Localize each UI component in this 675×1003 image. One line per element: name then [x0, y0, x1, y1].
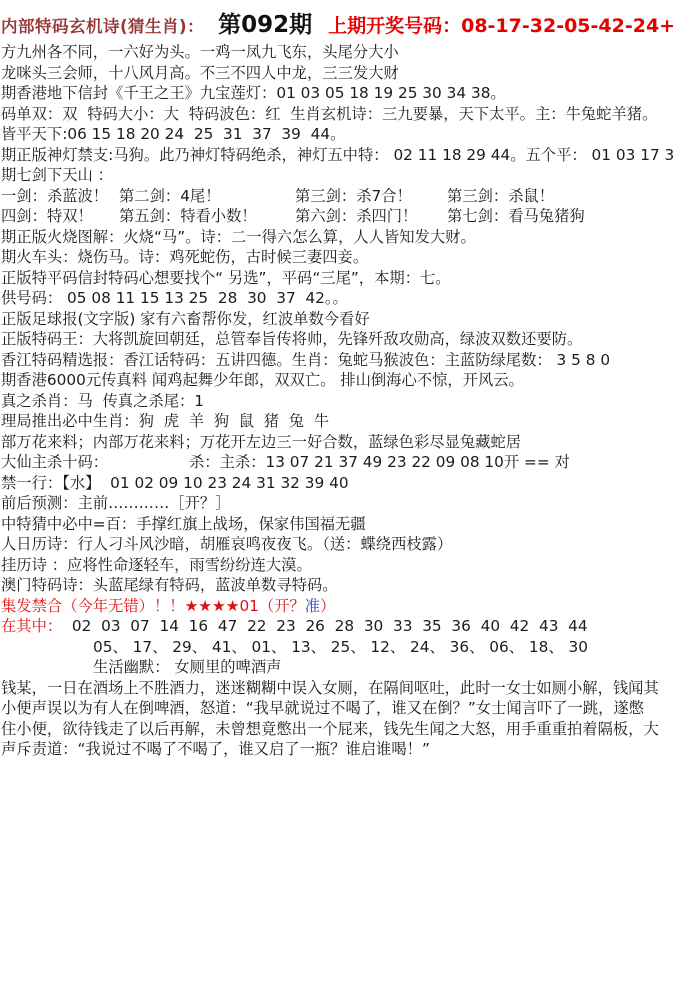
jifa-number: 01（开？ — [239, 597, 304, 615]
last-draw-numbers: 上期开奖号码：08-17-32-05-42-24+37 — [328, 11, 675, 38]
kill-ten-label: 大仙主杀十码： — [1, 452, 189, 473]
text-line: 期正版神灯禁支:马狗。此乃神灯特码绝杀，神灯五中特： 02 11 18 29 4… — [0, 145, 675, 166]
text-line: 香江特码精选报：香江话特码：五讲四德。生肖：兔蛇马猴波色：主蓝防绿尾数： 3 5… — [0, 350, 675, 371]
among-them-numbers: 02 03 07 14 16 47 22 23 26 28 30 33 35 3… — [62, 617, 587, 635]
text-line: 期火车头：烧伤马。诗：鸡死蛇伤，古时候三妻四妾。 — [0, 247, 675, 268]
kill-ten-numbers: 杀：主杀：13 07 21 37 49 23 22 09 08 10开 == 对 — [189, 453, 570, 471]
page-header: 内部特码玄机诗(猜生肖)： 第092期 上期开奖号码：08-17-32-05-4… — [1, 6, 675, 39]
zhun-mark: 准 — [305, 597, 320, 615]
closing-paren: ） — [320, 597, 335, 615]
body-lines: 方九州各不同，一六好为头。一鸡一凤九飞东，头尾分大小龙咪头三会师，十八风月高。不… — [0, 42, 675, 760]
text-line: 真之杀肖：马 传真之杀尾：1 — [0, 391, 675, 412]
text-line: 大仙主杀十码：杀：主杀：13 07 21 37 49 23 22 09 08 1… — [0, 452, 675, 473]
text-line: 方九州各不同，一六好为头。一鸡一凤九飞东，头尾分大小 — [0, 42, 675, 63]
issue-number: 第092期 — [218, 6, 312, 39]
jifa-warning: 集发禁合（今年无错）！！ — [1, 597, 185, 615]
text-line: 码单双：双 特码大小：大 特码波色：红 生肖玄机诗：三九要暴，天下太平。主：牛兔… — [0, 104, 675, 125]
text-line: 部万花来料；内部万花来料；万花开左边三一好合数，蓝绿色彩尽显兔藏蛇居 — [0, 432, 675, 453]
text-line: 一剑：杀蓝波！第二剑：4尾！第三剑：杀7合！第三剑：杀鼠！ — [0, 186, 675, 207]
column-text: 四剑：特双！ — [1, 206, 119, 227]
column-text: 第六剑：杀四门！ — [295, 206, 447, 227]
among-them-label: 在其中： — [1, 617, 62, 635]
text-line: 住小便，欲待钱走了以后再解，未曾想竟憋出一个屁来，钱先生闻之大怒，用手重重拍着隔… — [0, 719, 675, 740]
text-line: 生活幽默： 女厕里的啤酒声 — [0, 657, 675, 678]
column-text: 一剑：杀蓝波！ — [1, 186, 119, 207]
text-line: 皆平天下:06 15 18 20 24 25 31 37 39 44。 — [0, 124, 675, 145]
text-line: 前后预测：主前…………［开？］ — [0, 493, 675, 514]
text-line: 人日历诗：行人刁斗风沙暗，胡雁哀鸣夜夜飞。（送：蝶绕西枝露） — [0, 534, 675, 555]
text-line: 期七剑下天山 ： — [0, 165, 675, 186]
text-line: 钱某，一日在酒场上不胜酒力，迷迷糊糊中误入女厕，在隔间呕吐，此时一女士如厕小解，… — [0, 678, 675, 699]
text-line: 供号码： 05 08 11 15 13 25 28 30 37 42。。 — [0, 288, 675, 309]
text-line: 集发禁合（今年无错）！！★★★★01（开？准） — [0, 596, 675, 617]
text-line: 中特猜中必中=百：手撑红旗上战场，保家伟国福无疆 — [0, 514, 675, 535]
text-line: 禁一行：【水】 01 02 09 10 23 24 31 32 39 40 — [0, 473, 675, 494]
text-line: 小便声误以为有人在倒啤酒，怒道：“我早就说过不喝了，谁又在倒？”女士闻言吓了一跳… — [0, 698, 675, 719]
text-line: 期香港6000元传真料 闻鸡起舞少年郎，双双亡。 排山倒海心不惊，开风云。 — [0, 370, 675, 391]
text-line: 正版特平码信封特码心想要找个“ 另选”，平码“三尾”，本期：七。 — [0, 268, 675, 289]
text-line: 期正版火烧图解：火烧“马”。诗：二一得六怎么算，人人皆知发大财。 — [0, 227, 675, 248]
text-line: 正版特码王：大将凯旋回朝廷，总管奉旨传将帅，先锋歼敌攻勋高，绿波双数还要防。 — [0, 329, 675, 350]
column-text: 第七剑：看马兔猪狗 — [447, 206, 585, 227]
column-text: 第三剑：杀鼠！ — [447, 186, 554, 207]
text-line: 在其中： 02 03 07 14 16 47 22 23 26 28 30 33… — [0, 616, 675, 637]
text-line: 声斥责道：“我说过不喝了不喝了，谁又启了一瓶？谁启谁喝！” — [0, 739, 675, 760]
page-title: 内部特码玄机诗(猜生肖)： — [1, 13, 204, 37]
tip-sheet-page: 内部特码玄机诗(猜生肖)： 第092期 上期开奖号码：08-17-32-05-4… — [0, 4, 675, 760]
text-line: 05、 17、 29、 41、 01、 13、 25、 12、 24、 36、 … — [0, 637, 675, 658]
text-line: 期香港地下信封《千王之王》九宝莲灯：01 03 05 18 19 25 30 3… — [0, 83, 675, 104]
text-line: 挂历诗 ：应将性命逐轻车，雨雪纷纷连大漠。 — [0, 555, 675, 576]
four-stars-icon: ★★★★ — [185, 597, 240, 615]
text-line: 理局推出必中生肖：狗 虎 羊 狗 鼠 猪 兔 牛 — [0, 411, 675, 432]
text-line: 澳门特码诗：头蓝尾绿有特码，蓝波单数寻特码。 — [0, 575, 675, 596]
column-text: 第二剑：4尾！ — [119, 186, 295, 207]
text-line: 龙咪头三会师，十八风月高。不三不四人中龙，三三发大财 — [0, 63, 675, 84]
column-text: 第五剑：特看小数！ — [119, 206, 295, 227]
column-text: 第三剑：杀7合！ — [295, 186, 447, 207]
text-line: 四剑：特双！第五剑：特看小数！第六剑：杀四门！第七剑：看马兔猪狗 — [0, 206, 675, 227]
text-line: 正版足球报(文字版) 家有六畜帮你发，红波单数今看好 — [0, 309, 675, 330]
